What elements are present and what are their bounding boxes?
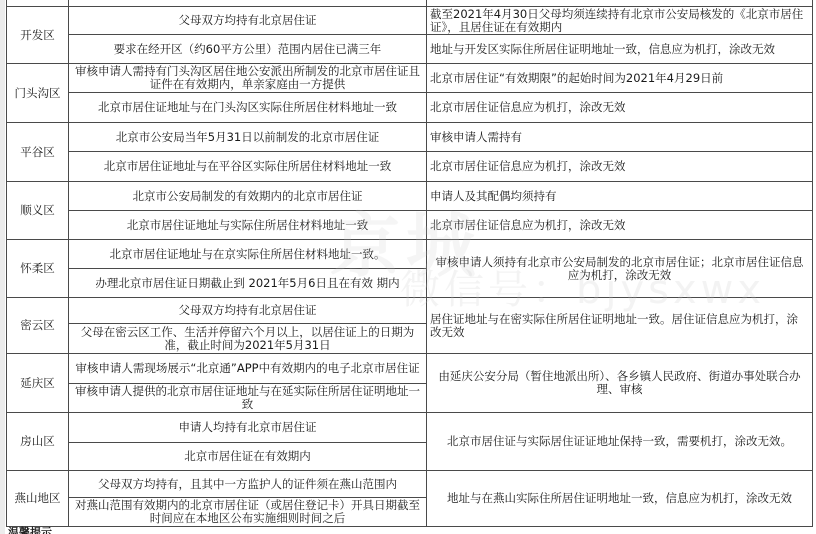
table-row: 开发区 父母双方均持有北京居住证 截至2021年4月30日父母均须连续持有北京市… [7, 7, 813, 35]
note-cell: 截至2021年4月30日父母均须连续持有北京市公安局核发的《北京市居住证》，且居… [427, 7, 813, 35]
district-name: 房山区 [7, 413, 69, 471]
table-row: 密云区 父母双方均持有北京居住证 居住证地址与在密实际住所居住证明地址一致。居住… [7, 298, 813, 324]
requirement-cell: 审核申请人提供的北京市居住证地址与在延实际住所居住证明地址一致 [69, 384, 427, 413]
requirement-cell: 申请人均持有北京市居住证 [69, 413, 427, 443]
table-row: 房山区 申请人均持有北京市居住证 北京市居住证与实际居住证证地址保持一致，需要机… [7, 413, 813, 443]
table-row: 北京市居住证地址与在门头沟区实际住所居住材料地址一致 北京市居住证信息应为机打，… [7, 93, 813, 123]
note-cell: 北京市居住证信息应为机打，涂改无效 [427, 211, 813, 240]
requirement-cell: 审核申请人需现场展示“北京通”APP中有效期内的电子北京市居住证 [69, 354, 427, 384]
district-name: 延庆区 [7, 354, 69, 413]
requirement-cell: 北京市居住证地址与在门头沟区实际住所居住材料地址一致 [69, 93, 427, 123]
table-row: 北京市居住证地址与实际住所居住材料地址一致 北京市居住证信息应为机打，涂改无效 [7, 211, 813, 240]
requirement-cell: 北京市居住证地址与在京实际住所居住材料地址一致。 [69, 240, 427, 269]
requirement-cell: 北京市居住证在有效期内 [69, 443, 427, 471]
requirement-cell: 对燕山范围有效期内的北京市居住证（或居住登记卡）开具日期截至时间应在本地区公布实… [69, 498, 427, 527]
note-cell: 北京市居住证信息应为机打，涂改无效 [427, 93, 813, 123]
requirement-cell: 父母双方均持有北京居住证 [69, 7, 427, 35]
note-cell: 北京市居住证信息应为机打，涂改无效 [427, 152, 813, 182]
note-cell: 地址与在燕山实际住所居住证明地址一致，信息应为机打，涂改无效 [427, 471, 813, 527]
table-row: 顺义区 北京市公安局制发的有效期内的北京市居住证 申请人及其配偶均须持有 [7, 182, 813, 211]
note-cell: 地址与开发区实际住所居住证明地址一致，信息应为机打，涂改无效 [427, 35, 813, 64]
note-cell: 申请人及其配偶均须持有 [427, 182, 813, 211]
document-page: 开发区 父母双方均持有北京居住证 截至2021年4月30日父母均须连续持有北京市… [0, 0, 816, 534]
note-cell: 北京市居住证与实际居住证证地址保持一致，需要机打，涂改无效。 [427, 413, 813, 471]
district-name: 怀柔区 [7, 240, 69, 298]
district-requirements-table: 开发区 父母双方均持有北京居住证 截至2021年4月30日父母均须连续持有北京市… [6, 0, 813, 527]
requirement-cell: 父母双方均持有北京居住证 [69, 298, 427, 324]
table-row: 燕山地区 父母双方均持有，且其中一方监护人的证件须在燕山范围内 地址与在燕山实际… [7, 471, 813, 498]
requirement-cell: 北京市公安局制发的有效期内的北京市居住证 [69, 182, 427, 211]
next-section-heading-cutoff: 温馨提示 [8, 527, 52, 534]
district-name: 燕山地区 [7, 471, 69, 527]
requirement-cell: 父母在密云区工作、生活并停留六个月以上，以居住证上的日期为准，截止时间为2021… [69, 324, 427, 354]
table-row: 门头沟区 审核申请人需持有门头沟区居住地公安派出所制发的北京市居住证且证件在有效… [7, 64, 813, 93]
note-cell: 审核申请人须持有北京市公安局制发的北京市居住证；北京市居住证信息应为机打，涂改无… [427, 240, 813, 298]
requirement-cell: 要求在经开区（约60平方公里）范围内居住已满三年 [69, 35, 427, 64]
page-edge [0, 0, 5, 534]
district-name: 门头沟区 [7, 64, 69, 123]
district-name: 顺义区 [7, 182, 69, 240]
table-row: 要求在经开区（约60平方公里）范围内居住已满三年 地址与开发区实际住所居住证明地… [7, 35, 813, 64]
requirement-cell: 北京市居住证地址与实际住所居住材料地址一致 [69, 211, 427, 240]
table-row: 延庆区 审核申请人需现场展示“北京通”APP中有效期内的电子北京市居住证 由延庆… [7, 354, 813, 384]
table-row: 平谷区 北京市公安局当年5月31日以前制发的北京市居住证 审核申请人需持有 [7, 123, 813, 152]
note-cell: 居住证地址与在密实际住所居住证明地址一致。居住证信息应为机打，涂改无效 [427, 298, 813, 354]
note-cell: 北京市居住证“有效期限”的起始时间为2021年4月29日前 [427, 64, 813, 93]
requirement-cell: 办理北京市居住证日期截止到 2021年5月6日且在有效 期内 [69, 269, 427, 298]
requirement-cell: 北京市公安局当年5月31日以前制发的北京市居住证 [69, 123, 427, 152]
note-cell: 审核申请人需持有 [427, 123, 813, 152]
table-row: 怀柔区 北京市居住证地址与在京实际住所居住材料地址一致。 审核申请人须持有北京市… [7, 240, 813, 269]
district-name: 密云区 [7, 298, 69, 354]
requirement-cell: 父母双方均持有，且其中一方监护人的证件须在燕山范围内 [69, 471, 427, 498]
district-name: 平谷区 [7, 123, 69, 182]
requirement-cell: 北京市居住证地址与在平谷区实际住所居住材料地址一致 [69, 152, 427, 182]
note-cell: 由延庆公安分局（暂住地派出所）、各乡镇人民政府、街道办事处联合办理、审核 [427, 354, 813, 413]
table-row: 北京市居住证地址与在平谷区实际住所居住材料地址一致 北京市居住证信息应为机打，涂… [7, 152, 813, 182]
district-name: 开发区 [7, 7, 69, 64]
requirement-cell: 审核申请人需持有门头沟区居住地公安派出所制发的北京市居住证且证件在有效期内，单亲… [69, 64, 427, 93]
